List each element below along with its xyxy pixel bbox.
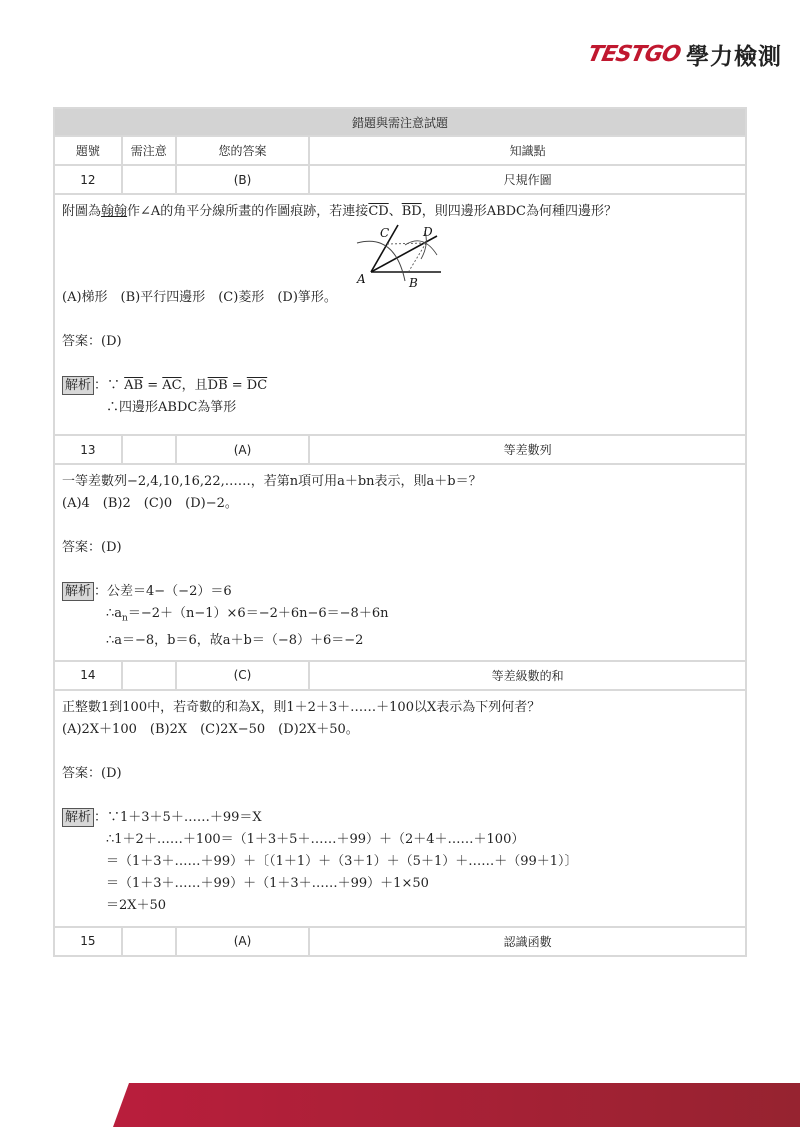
svg-text:C: C	[380, 226, 389, 240]
analysis-line-1: 解析：∵1＋3＋5＋……＋99＝X	[62, 807, 738, 829]
svg-text:D: D	[422, 225, 433, 239]
question-detail-row: 正整數1到100中，若奇數的和為X，則1＋2＋3＋……＋100以X表示為下列何者…	[54, 690, 746, 927]
question-number: 13	[54, 435, 122, 464]
question-detail: 正整數1到100中，若奇數的和為X，則1＋2＋3＋……＋100以X表示為下列何者…	[54, 690, 746, 927]
table-header-row: 題號 需注意 您的答案 知識點	[54, 136, 746, 165]
attention-cell	[122, 661, 176, 690]
table-row: 13 (A) 等差數列	[54, 435, 746, 464]
analysis-line-3: ∴a＝−8，b＝6，故a＋b＝（−8）＋6＝−2	[62, 630, 738, 652]
wrong-questions-table: 錯題與需注意試題 題號 需注意 您的答案 知識點 12 (B) 尺規作圖 附圖為…	[53, 107, 747, 957]
knowledge-point: 等差級數的和	[309, 661, 746, 690]
analysis-line-5: ＝2X＋50	[62, 895, 738, 917]
footer-band	[0, 1083, 800, 1131]
question-detail: 一等差數列−2,4,10,16,22,……，若第n項可用a＋bn表示，則a＋b＝…	[54, 464, 746, 661]
question-options: (A)梯形 (B)平行四邊形 (C)菱形 (D)箏形。	[62, 287, 738, 309]
question-text: 一等差數列−2,4,10,16,22,……，若第n項可用a＋bn表示，則a＋b＝…	[62, 471, 738, 493]
question-text: 正整數1到100中，若奇數的和為X，則1＋2＋3＋……＋100以X表示為下列何者…	[62, 697, 738, 719]
analysis-line-2: ∴四邊形ABDC為箏形	[62, 397, 738, 419]
table-row: 14 (C) 等差級數的和	[54, 661, 746, 690]
attention-cell	[122, 435, 176, 464]
col-header-attention: 需注意	[122, 136, 176, 165]
analysis-line-1: 解析：∵ AB = AC，且DB = DC	[62, 375, 738, 397]
table-row: 15 (A) 認識函數	[54, 927, 746, 956]
table-row: 12 (B) 尺規作圖	[54, 165, 746, 194]
knowledge-point: 尺規作圖	[309, 165, 746, 194]
knowledge-point: 等差數列	[309, 435, 746, 464]
question-detail: 附圖為翰翰作∠A的角平分線所畫的作圖痕跡，若連接CD、BD，則四邊形ABDC為何…	[54, 194, 746, 435]
correct-answer: 答案：(D)	[62, 763, 738, 785]
logo-mark: TESTGO	[586, 42, 683, 67]
question-number: 15	[54, 927, 122, 956]
question-detail-row: 附圖為翰翰作∠A的角平分線所畫的作圖痕跡，若連接CD、BD，則四邊形ABDC為何…	[54, 194, 746, 435]
table-title-row: 錯題與需注意試題	[54, 108, 746, 136]
question-options: (A)2X＋100 (B)2X (C)2X−50 (D)2X＋50。	[62, 719, 738, 741]
your-answer: (B)	[176, 165, 310, 194]
analysis-line-2: ∴1＋2＋……＋100＝（1＋3＋5＋……＋99）＋（2＋4＋……＋100）	[62, 829, 738, 851]
your-answer: (A)	[176, 435, 310, 464]
analysis-tag: 解析	[62, 582, 94, 601]
your-answer: (C)	[176, 661, 310, 690]
col-header-knowledge: 知識點	[309, 136, 746, 165]
analysis-line-4: ＝（1＋3＋……＋99）＋（1＋3＋……＋99）＋1×50	[62, 873, 738, 895]
analysis-tag: 解析	[62, 808, 94, 827]
question-detail-row: 一等差數列−2,4,10,16,22,……，若第n項可用a＋bn表示，則a＋b＝…	[54, 464, 746, 661]
question-number: 12	[54, 165, 122, 194]
col-header-your-answer: 您的答案	[176, 136, 310, 165]
analysis-line-2: ∴an＝−2＋（n−1）×6＝−2＋6n−6＝−8＋6n	[62, 603, 738, 630]
knowledge-point: 認識函數	[309, 927, 746, 956]
table-title: 錯題與需注意試題	[54, 108, 746, 136]
correct-answer: 答案：(D)	[62, 331, 738, 353]
angle-bisector-figure: A B C D	[62, 223, 738, 289]
svg-text:A: A	[356, 272, 366, 286]
analysis-line-3: ＝（1＋3＋……＋99）＋〔（1＋1）＋（3＋1）＋（5＋1）＋……＋（99＋1…	[62, 851, 738, 873]
svg-text:B: B	[408, 276, 418, 289]
col-header-number: 題號	[54, 136, 122, 165]
attention-cell	[122, 165, 176, 194]
logo-text: 學力檢測	[686, 38, 782, 71]
correct-answer: 答案：(D)	[62, 537, 738, 559]
question-text: 附圖為翰翰作∠A的角平分線所畫的作圖痕跡，若連接CD、BD，則四邊形ABDC為何…	[62, 201, 738, 223]
testgo-logo: TESTGO 學力檢測	[588, 38, 782, 70]
analysis-line-1: 解析：公差＝4−（−2）＝6	[62, 581, 738, 603]
construction-diagram: A B C D	[345, 223, 455, 289]
question-number: 14	[54, 661, 122, 690]
question-options: (A)4 (B)2 (C)0 (D)−2。	[62, 493, 738, 515]
attention-cell	[122, 927, 176, 956]
analysis-tag: 解析	[62, 376, 94, 395]
your-answer: (A)	[176, 927, 310, 956]
